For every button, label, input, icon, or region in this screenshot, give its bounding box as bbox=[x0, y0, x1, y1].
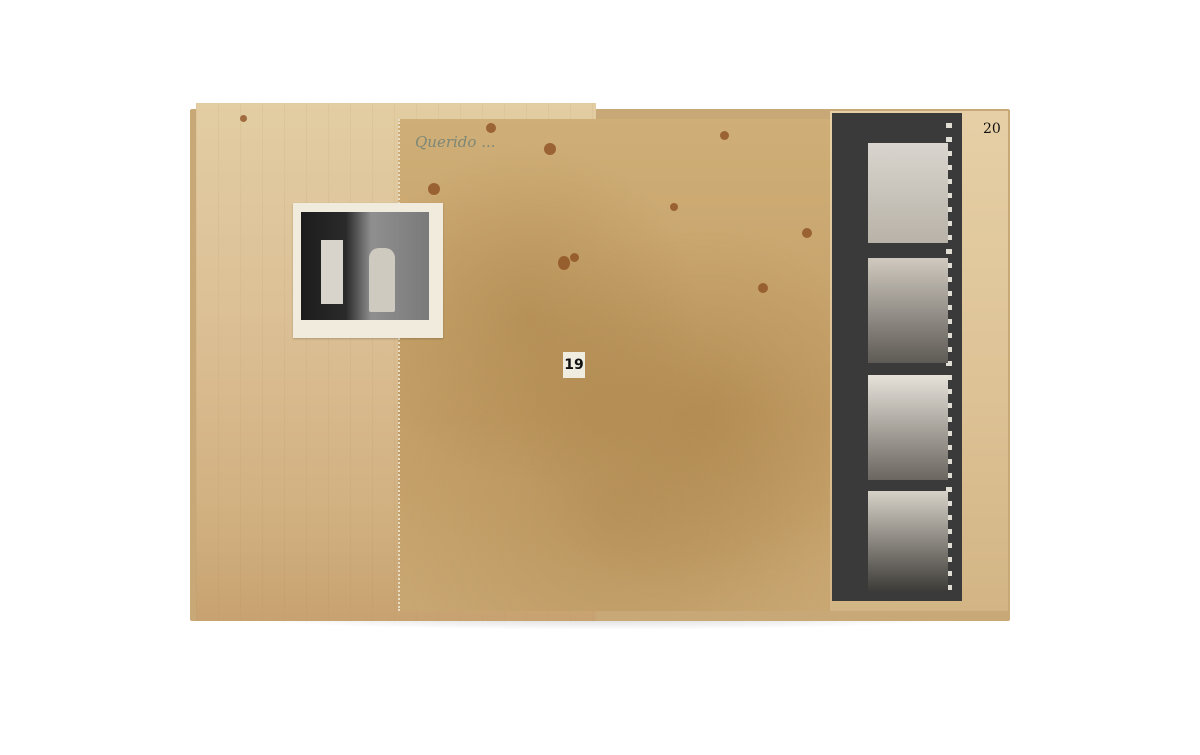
stain bbox=[802, 228, 812, 238]
stain bbox=[570, 253, 579, 262]
stain bbox=[240, 115, 247, 122]
stain bbox=[558, 256, 570, 270]
stain bbox=[428, 183, 440, 195]
film-frame bbox=[868, 143, 948, 243]
handwritten-letter bbox=[398, 119, 832, 611]
photo-image bbox=[301, 212, 429, 320]
film-frame bbox=[868, 375, 948, 480]
stain bbox=[544, 143, 556, 155]
stain bbox=[670, 203, 678, 211]
film-frame bbox=[868, 258, 948, 363]
page-number-left: 19 bbox=[563, 352, 585, 378]
photo-figures bbox=[369, 248, 395, 312]
stain bbox=[720, 131, 729, 140]
film-frame bbox=[868, 491, 948, 591]
stain bbox=[486, 123, 496, 133]
handwriting-text: Querido ... bbox=[415, 133, 496, 151]
vintage-photo bbox=[293, 203, 443, 338]
photo-door bbox=[321, 240, 343, 304]
stain bbox=[758, 283, 768, 293]
film-strip bbox=[832, 113, 962, 601]
page-number-right: 20 bbox=[983, 121, 1001, 137]
open-book: Querido ... 19 20 bbox=[190, 103, 1010, 623]
